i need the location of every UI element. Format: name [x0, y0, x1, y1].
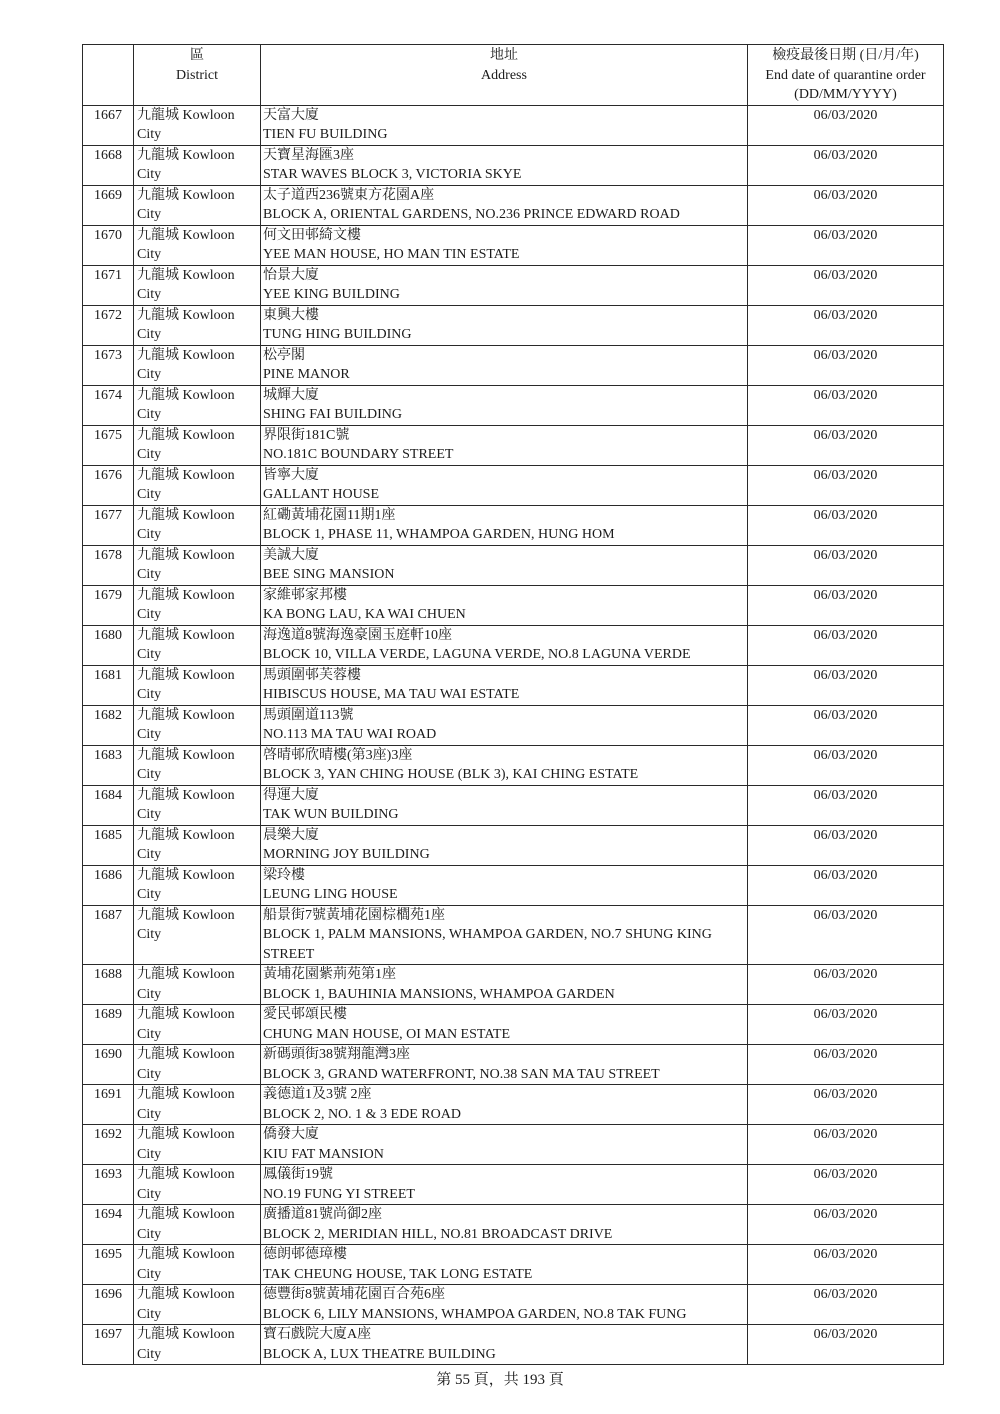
district-cell: 九龍城 KowloonCity: [134, 505, 261, 545]
address-en: BLOCK 2, MERIDIAN HILL, NO.81 BROADCAST …: [263, 1225, 747, 1245]
district-zh: 九龍城 Kowloon: [137, 906, 260, 926]
address-zh: 東興大樓: [263, 306, 747, 326]
table-row: 1678九龍城 KowloonCity美誠大廈BEE SING MANSION0…: [83, 545, 944, 585]
district-en: City: [137, 805, 260, 825]
table-row: 1693九龍城 KowloonCity鳳儀街19號NO.19 FUNG YI S…: [83, 1165, 944, 1205]
table-row: 1680九龍城 KowloonCity海逸道8號海逸豪園玉庭軒10座BLOCK …: [83, 625, 944, 665]
end-date-cell: 06/03/2020: [748, 785, 944, 825]
address-en: BLOCK 3, GRAND WATERFRONT, NO.38 SAN MA …: [263, 1065, 747, 1085]
table-row: 1681九龍城 KowloonCity馬頭圍邨芙蓉樓HIBISCUS HOUSE…: [83, 665, 944, 705]
end-date-cell: 06/03/2020: [748, 825, 944, 865]
address-en: GALLANT HOUSE: [263, 485, 747, 505]
district-cell: 九龍城 KowloonCity: [134, 1125, 261, 1165]
district-zh: 九龍城 Kowloon: [137, 146, 260, 166]
end-date-cell: 06/03/2020: [748, 585, 944, 625]
district-cell: 九龍城 KowloonCity: [134, 225, 261, 265]
address-zh: 天富大廈: [263, 106, 747, 126]
row-number: 1678: [83, 545, 134, 585]
row-number: 1686: [83, 865, 134, 905]
address-cell: 馬頭圍道113號NO.113 MA TAU WAI ROAD: [261, 705, 748, 745]
district-cell: 九龍城 KowloonCity: [134, 905, 261, 965]
address-cell: 天富大廈TIEN FU BUILDING: [261, 105, 748, 145]
address-zh: 德朗邨德璋樓: [263, 1245, 747, 1265]
end-date-cell: 06/03/2020: [748, 625, 944, 665]
table-row: 1675九龍城 KowloonCity界限街181C號NO.181C BOUND…: [83, 425, 944, 465]
address-cell: 黃埔花園紫荊苑第1座BLOCK 1, BAUHINIA MANSIONS, WH…: [261, 965, 748, 1005]
address-zh: 晨樂大廈: [263, 826, 747, 846]
address-cell: 太子道西236號東方花園A座BLOCK A, ORIENTAL GARDENS,…: [261, 185, 748, 225]
district-zh: 九龍城 Kowloon: [137, 866, 260, 886]
table-row: 1694九龍城 KowloonCity廣播道81號尚御2座BLOCK 2, ME…: [83, 1205, 944, 1245]
address-cell: 皆寧大廈GALLANT HOUSE: [261, 465, 748, 505]
address-cell: 德朗邨德璋樓TAK CHEUNG HOUSE, TAK LONG ESTATE: [261, 1245, 748, 1285]
district-en: City: [137, 685, 260, 705]
row-number: 1680: [83, 625, 134, 665]
district-zh: 九龍城 Kowloon: [137, 386, 260, 406]
row-number: 1695: [83, 1245, 134, 1285]
address-zh: 僑發大廈: [263, 1125, 747, 1145]
address-zh: 天寶星海匯3座: [263, 146, 747, 166]
table-row: 1687九龍城 KowloonCity船景街7號黃埔花園棕櫚苑1座BLOCK 1…: [83, 905, 944, 965]
end-date-cell: 06/03/2020: [748, 1325, 944, 1365]
end-date-cell: 06/03/2020: [748, 385, 944, 425]
district-en: City: [137, 1145, 260, 1165]
address-zh: 船景街7號黃埔花園棕櫚苑1座: [263, 906, 747, 926]
end-date-cell: 06/03/2020: [748, 865, 944, 905]
district-cell: 九龍城 KowloonCity: [134, 1085, 261, 1125]
district-en: City: [137, 325, 260, 345]
table-row: 1696九龍城 KowloonCity德豐街8號黃埔花園百合苑6座BLOCK 6…: [83, 1285, 944, 1325]
district-cell: 九龍城 KowloonCity: [134, 145, 261, 185]
district-cell: 九龍城 KowloonCity: [134, 1045, 261, 1085]
district-zh: 九龍城 Kowloon: [137, 786, 260, 806]
row-number: 1696: [83, 1285, 134, 1325]
row-number: 1693: [83, 1165, 134, 1205]
district-cell: 九龍城 KowloonCity: [134, 1205, 261, 1245]
district-cell: 九龍城 KowloonCity: [134, 105, 261, 145]
address-zh: 界限街181C號: [263, 426, 747, 446]
district-cell: 九龍城 KowloonCity: [134, 625, 261, 665]
header-date-en: End date of quarantine order: [748, 66, 943, 86]
district-en: City: [137, 285, 260, 305]
end-date-cell: 06/03/2020: [748, 1045, 944, 1085]
district-en: City: [137, 125, 260, 145]
table-row: 1695九龍城 KowloonCity德朗邨德璋樓TAK CHEUNG HOUS…: [83, 1245, 944, 1285]
end-date-cell: 06/03/2020: [748, 1165, 944, 1205]
address-cell: 愛民邨頌民樓CHUNG MAN HOUSE, OI MAN ESTATE: [261, 1005, 748, 1045]
table-row: 1684九龍城 KowloonCity得運大廈TAK WUN BUILDING0…: [83, 785, 944, 825]
district-zh: 九龍城 Kowloon: [137, 426, 260, 446]
address-en: HIBISCUS HOUSE, MA TAU WAI ESTATE: [263, 685, 747, 705]
address-zh: 啓晴邨欣晴樓(第3座)3座: [263, 746, 747, 766]
address-en: LEUNG LING HOUSE: [263, 885, 747, 905]
address-cell: 僑發大廈KIU FAT MANSION: [261, 1125, 748, 1165]
row-number: 1688: [83, 965, 134, 1005]
address-zh: 紅磡黃埔花園11期1座: [263, 506, 747, 526]
district-zh: 九龍城 Kowloon: [137, 1005, 260, 1025]
header-date-format: (DD/MM/YYYY): [748, 85, 943, 105]
address-zh: 德豐街8號黃埔花園百合苑6座: [263, 1285, 747, 1305]
district-en: City: [137, 565, 260, 585]
district-zh: 九龍城 Kowloon: [137, 106, 260, 126]
district-cell: 九龍城 KowloonCity: [134, 1245, 261, 1285]
address-cell: 城輝大廈SHING FAI BUILDING: [261, 385, 748, 425]
end-date-cell: 06/03/2020: [748, 305, 944, 345]
address-zh: 新碼頭街38號翔龍灣3座: [263, 1045, 747, 1065]
address-en: YEE MAN HOUSE, HO MAN TIN ESTATE: [263, 245, 747, 265]
end-date-cell: 06/03/2020: [748, 965, 944, 1005]
table-row: 1691九龍城 KowloonCity義德道1及3號 2座BLOCK 2, NO…: [83, 1085, 944, 1125]
address-cell: 家維邨家邦樓KA BONG LAU, KA WAI CHUEN: [261, 585, 748, 625]
district-en: City: [137, 445, 260, 465]
district-en: City: [137, 845, 260, 865]
address-zh: 怡景大廈: [263, 266, 747, 286]
header-address-zh: 地址: [261, 46, 747, 66]
address-cell: 啓晴邨欣晴樓(第3座)3座BLOCK 3, YAN CHING HOUSE (B…: [261, 745, 748, 785]
header-end-date: 檢疫最後日期 (日/月/年) End date of quarantine or…: [748, 45, 944, 106]
district-zh: 九龍城 Kowloon: [137, 1325, 260, 1345]
district-en: City: [137, 885, 260, 905]
address-en: TUNG HING BUILDING: [263, 325, 747, 345]
table-row: 1667九龍城 KowloonCity天富大廈TIEN FU BUILDING0…: [83, 105, 944, 145]
address-cell: 寶石戲院大廈A座BLOCK A, LUX THEATRE BUILDING: [261, 1325, 748, 1365]
address-en: BLOCK 1, BAUHINIA MANSIONS, WHAMPOA GARD…: [263, 985, 747, 1005]
header-address-en: Address: [261, 66, 747, 86]
row-number: 1672: [83, 305, 134, 345]
district-en: City: [137, 1105, 260, 1125]
district-zh: 九龍城 Kowloon: [137, 1245, 260, 1265]
address-zh: 美誠大廈: [263, 546, 747, 566]
row-number: 1683: [83, 745, 134, 785]
address-zh: 何文田邨綺文樓: [263, 226, 747, 246]
district-en: City: [137, 1025, 260, 1045]
end-date-cell: 06/03/2020: [748, 1005, 944, 1045]
row-number: 1673: [83, 345, 134, 385]
address-zh: 城輝大廈: [263, 386, 747, 406]
table-row: 1689九龍城 KowloonCity愛民邨頌民樓CHUNG MAN HOUSE…: [83, 1005, 944, 1045]
address-zh: 松亭閣: [263, 346, 747, 366]
district-cell: 九龍城 KowloonCity: [134, 965, 261, 1005]
end-date-cell: 06/03/2020: [748, 465, 944, 505]
address-en: NO.113 MA TAU WAI ROAD: [263, 725, 747, 745]
district-zh: 九龍城 Kowloon: [137, 186, 260, 206]
address-cell: 新碼頭街38號翔龍灣3座BLOCK 3, GRAND WATERFRONT, N…: [261, 1045, 748, 1085]
row-number: 1667: [83, 105, 134, 145]
address-en: CHUNG MAN HOUSE, OI MAN ESTATE: [263, 1025, 747, 1045]
table-row: 1676九龍城 KowloonCity皆寧大廈GALLANT HOUSE06/0…: [83, 465, 944, 505]
end-date-cell: 06/03/2020: [748, 1085, 944, 1125]
district-zh: 九龍城 Kowloon: [137, 466, 260, 486]
table-row: 1686九龍城 KowloonCity梁玲樓LEUNG LING HOUSE06…: [83, 865, 944, 905]
row-number: 1671: [83, 265, 134, 305]
district-zh: 九龍城 Kowloon: [137, 1125, 260, 1145]
address-en: MORNING JOY BUILDING: [263, 845, 747, 865]
district-en: City: [137, 1225, 260, 1245]
row-number: 1690: [83, 1045, 134, 1085]
address-cell: 美誠大廈BEE SING MANSION: [261, 545, 748, 585]
district-en: City: [137, 405, 260, 425]
table-row: 1688九龍城 KowloonCity黃埔花園紫荊苑第1座BLOCK 1, BA…: [83, 965, 944, 1005]
row-number: 1694: [83, 1205, 134, 1245]
address-cell: 船景街7號黃埔花園棕櫚苑1座BLOCK 1, PALM MANSIONS, WH…: [261, 905, 748, 965]
row-number: 1675: [83, 425, 134, 465]
district-cell: 九龍城 KowloonCity: [134, 265, 261, 305]
district-en: City: [137, 205, 260, 225]
table-row: 1671九龍城 KowloonCity怡景大廈YEE KING BUILDING…: [83, 265, 944, 305]
district-zh: 九龍城 Kowloon: [137, 1205, 260, 1225]
district-en: City: [137, 645, 260, 665]
address-en: BLOCK 1, PALM MANSIONS, WHAMPOA GARDEN, …: [263, 925, 747, 964]
district-en: City: [137, 985, 260, 1005]
row-number: 1670: [83, 225, 134, 265]
address-zh: 廣播道81號尚御2座: [263, 1205, 747, 1225]
district-en: City: [137, 765, 260, 785]
district-zh: 九龍城 Kowloon: [137, 1165, 260, 1185]
district-zh: 九龍城 Kowloon: [137, 626, 260, 646]
end-date-cell: 06/03/2020: [748, 545, 944, 585]
address-zh: 愛民邨頌民樓: [263, 1005, 747, 1025]
address-cell: 東興大樓TUNG HING BUILDING: [261, 305, 748, 345]
table-row: 1670九龍城 KowloonCity何文田邨綺文樓YEE MAN HOUSE,…: [83, 225, 944, 265]
district-cell: 九龍城 KowloonCity: [134, 425, 261, 465]
table-row: 1668九龍城 KowloonCity天寶星海匯3座STAR WAVES BLO…: [83, 145, 944, 185]
table-row: 1669九龍城 KowloonCity太子道西236號東方花園A座BLOCK A…: [83, 185, 944, 225]
district-zh: 九龍城 Kowloon: [137, 586, 260, 606]
row-number: 1677: [83, 505, 134, 545]
header-date-zh: 檢疫最後日期 (日/月/年): [748, 46, 943, 66]
row-number: 1684: [83, 785, 134, 825]
table-row: 1682九龍城 KowloonCity馬頭圍道113號NO.113 MA TAU…: [83, 705, 944, 745]
end-date-cell: 06/03/2020: [748, 265, 944, 305]
district-zh: 九龍城 Kowloon: [137, 266, 260, 286]
district-en: City: [137, 365, 260, 385]
address-zh: 鳳儀街19號: [263, 1165, 747, 1185]
quarantine-address-table: 區 District 地址 Address 檢疫最後日期 (日/月/年) End…: [82, 44, 944, 1365]
district-zh: 九龍城 Kowloon: [137, 1045, 260, 1065]
row-number: 1668: [83, 145, 134, 185]
table-body: 1667九龍城 KowloonCity天富大廈TIEN FU BUILDING0…: [83, 105, 944, 1365]
address-cell: 松亭閣PINE MANOR: [261, 345, 748, 385]
district-cell: 九龍城 KowloonCity: [134, 1165, 261, 1205]
district-cell: 九龍城 KowloonCity: [134, 585, 261, 625]
address-cell: 海逸道8號海逸豪園玉庭軒10座BLOCK 10, VILLA VERDE, LA…: [261, 625, 748, 665]
district-zh: 九龍城 Kowloon: [137, 826, 260, 846]
table-row: 1679九龍城 KowloonCity家維邨家邦樓KA BONG LAU, KA…: [83, 585, 944, 625]
district-en: City: [137, 1265, 260, 1285]
end-date-cell: 06/03/2020: [748, 185, 944, 225]
district-zh: 九龍城 Kowloon: [137, 706, 260, 726]
address-en: TAK WUN BUILDING: [263, 805, 747, 825]
address-en: BLOCK 1, PHASE 11, WHAMPOA GARDEN, HUNG …: [263, 525, 747, 545]
address-cell: 界限街181C號NO.181C BOUNDARY STREET: [261, 425, 748, 465]
row-number: 1692: [83, 1125, 134, 1165]
header-district-en: District: [134, 66, 260, 86]
district-zh: 九龍城 Kowloon: [137, 746, 260, 766]
table-row: 1673九龍城 KowloonCity松亭閣PINE MANOR06/03/20…: [83, 345, 944, 385]
address-zh: 皆寧大廈: [263, 466, 747, 486]
address-en: BLOCK 10, VILLA VERDE, LAGUNA VERDE, NO.…: [263, 645, 747, 665]
district-en: City: [137, 1305, 260, 1325]
end-date-cell: 06/03/2020: [748, 905, 944, 965]
header-number: [83, 45, 134, 106]
end-date-cell: 06/03/2020: [748, 745, 944, 785]
district-zh: 九龍城 Kowloon: [137, 965, 260, 985]
row-number: 1691: [83, 1085, 134, 1125]
address-en: BLOCK 2, NO. 1 & 3 EDE ROAD: [263, 1105, 747, 1125]
district-en: City: [137, 525, 260, 545]
end-date-cell: 06/03/2020: [748, 1285, 944, 1325]
row-number: 1689: [83, 1005, 134, 1045]
address-en: BLOCK 6, LILY MANSIONS, WHAMPOA GARDEN, …: [263, 1305, 747, 1325]
end-date-cell: 06/03/2020: [748, 1125, 944, 1165]
district-zh: 九龍城 Kowloon: [137, 346, 260, 366]
address-en: SHING FAI BUILDING: [263, 405, 747, 425]
row-number: 1681: [83, 665, 134, 705]
table-row: 1677九龍城 KowloonCity紅磡黃埔花園11期1座BLOCK 1, P…: [83, 505, 944, 545]
address-cell: 廣播道81號尚御2座BLOCK 2, MERIDIAN HILL, NO.81 …: [261, 1205, 748, 1245]
address-en: KIU FAT MANSION: [263, 1145, 747, 1165]
district-zh: 九龍城 Kowloon: [137, 226, 260, 246]
address-en: NO.19 FUNG YI STREET: [263, 1185, 747, 1205]
district-en: City: [137, 485, 260, 505]
page-number-footer: 第 55 頁，共 193 頁: [0, 1368, 1000, 1389]
district-cell: 九龍城 KowloonCity: [134, 345, 261, 385]
district-cell: 九龍城 KowloonCity: [134, 1285, 261, 1325]
table-row: 1697九龍城 KowloonCity寶石戲院大廈A座BLOCK A, LUX …: [83, 1325, 944, 1365]
address-en: NO.181C BOUNDARY STREET: [263, 445, 747, 465]
district-zh: 九龍城 Kowloon: [137, 1285, 260, 1305]
header-address: 地址 Address: [261, 45, 748, 106]
district-en: City: [137, 1185, 260, 1205]
table-row: 1674九龍城 KowloonCity城輝大廈SHING FAI BUILDIN…: [83, 385, 944, 425]
end-date-cell: 06/03/2020: [748, 425, 944, 465]
district-cell: 九龍城 KowloonCity: [134, 305, 261, 345]
address-en: STAR WAVES BLOCK 3, VICTORIA SKYE: [263, 165, 747, 185]
end-date-cell: 06/03/2020: [748, 705, 944, 745]
district-en: City: [137, 725, 260, 745]
district-en: City: [137, 1345, 260, 1365]
address-cell: 德豐街8號黃埔花園百合苑6座BLOCK 6, LILY MANSIONS, WH…: [261, 1285, 748, 1325]
district-cell: 九龍城 KowloonCity: [134, 745, 261, 785]
district-zh: 九龍城 Kowloon: [137, 1085, 260, 1105]
table-header-row: 區 District 地址 Address 檢疫最後日期 (日/月/年) End…: [83, 45, 944, 106]
address-cell: 紅磡黃埔花園11期1座BLOCK 1, PHASE 11, WHAMPOA GA…: [261, 505, 748, 545]
district-en: City: [137, 925, 260, 945]
district-zh: 九龍城 Kowloon: [137, 546, 260, 566]
address-zh: 黃埔花園紫荊苑第1座: [263, 965, 747, 985]
district-cell: 九龍城 KowloonCity: [134, 465, 261, 505]
address-en: TIEN FU BUILDING: [263, 125, 747, 145]
address-en: BLOCK A, ORIENTAL GARDENS, NO.236 PRINCE…: [263, 205, 747, 225]
address-cell: 何文田邨綺文樓YEE MAN HOUSE, HO MAN TIN ESTATE: [261, 225, 748, 265]
address-en: PINE MANOR: [263, 365, 747, 385]
district-cell: 九龍城 KowloonCity: [134, 825, 261, 865]
end-date-cell: 06/03/2020: [748, 1205, 944, 1245]
address-cell: 得運大廈TAK WUN BUILDING: [261, 785, 748, 825]
row-number: 1685: [83, 825, 134, 865]
address-zh: 得運大廈: [263, 786, 747, 806]
district-en: City: [137, 605, 260, 625]
row-number: 1676: [83, 465, 134, 505]
end-date-cell: 06/03/2020: [748, 225, 944, 265]
address-en: BEE SING MANSION: [263, 565, 747, 585]
address-cell: 梁玲樓LEUNG LING HOUSE: [261, 865, 748, 905]
table-row: 1685九龍城 KowloonCity晨樂大廈MORNING JOY BUILD…: [83, 825, 944, 865]
end-date-cell: 06/03/2020: [748, 665, 944, 705]
row-number: 1674: [83, 385, 134, 425]
address-zh: 馬頭圍道113號: [263, 706, 747, 726]
district-en: City: [137, 165, 260, 185]
end-date-cell: 06/03/2020: [748, 1245, 944, 1285]
address-zh: 家維邨家邦樓: [263, 586, 747, 606]
row-number: 1679: [83, 585, 134, 625]
district-zh: 九龍城 Kowloon: [137, 666, 260, 686]
address-zh: 馬頭圍邨芙蓉樓: [263, 666, 747, 686]
row-number: 1697: [83, 1325, 134, 1365]
address-zh: 海逸道8號海逸豪園玉庭軒10座: [263, 626, 747, 646]
row-number: 1687: [83, 905, 134, 965]
address-cell: 天寶星海匯3座STAR WAVES BLOCK 3, VICTORIA SKYE: [261, 145, 748, 185]
address-en: BLOCK 3, YAN CHING HOUSE (BLK 3), KAI CH…: [263, 765, 747, 785]
header-district-zh: 區: [134, 46, 260, 66]
address-cell: 怡景大廈YEE KING BUILDING: [261, 265, 748, 305]
district-cell: 九龍城 KowloonCity: [134, 705, 261, 745]
district-cell: 九龍城 KowloonCity: [134, 665, 261, 705]
district-cell: 九龍城 KowloonCity: [134, 385, 261, 425]
address-zh: 寶石戲院大廈A座: [263, 1325, 747, 1345]
address-en: KA BONG LAU, KA WAI CHUEN: [263, 605, 747, 625]
district-zh: 九龍城 Kowloon: [137, 506, 260, 526]
district-cell: 九龍城 KowloonCity: [134, 865, 261, 905]
district-en: City: [137, 1065, 260, 1085]
row-number: 1682: [83, 705, 134, 745]
address-en: TAK CHEUNG HOUSE, TAK LONG ESTATE: [263, 1265, 747, 1285]
district-zh: 九龍城 Kowloon: [137, 306, 260, 326]
address-en: BLOCK A, LUX THEATRE BUILDING: [263, 1345, 747, 1365]
district-en: City: [137, 245, 260, 265]
document-page: 區 District 地址 Address 檢疫最後日期 (日/月/年) End…: [82, 44, 943, 1365]
address-en: YEE KING BUILDING: [263, 285, 747, 305]
end-date-cell: 06/03/2020: [748, 105, 944, 145]
address-zh: 太子道西236號東方花園A座: [263, 186, 747, 206]
address-zh: 義德道1及3號 2座: [263, 1085, 747, 1105]
district-cell: 九龍城 KowloonCity: [134, 1005, 261, 1045]
end-date-cell: 06/03/2020: [748, 145, 944, 185]
address-cell: 義德道1及3號 2座BLOCK 2, NO. 1 & 3 EDE ROAD: [261, 1085, 748, 1125]
table-row: 1672九龍城 KowloonCity東興大樓TUNG HING BUILDIN…: [83, 305, 944, 345]
district-cell: 九龍城 KowloonCity: [134, 1325, 261, 1365]
header-district: 區 District: [134, 45, 261, 106]
district-cell: 九龍城 KowloonCity: [134, 185, 261, 225]
row-number: 1669: [83, 185, 134, 225]
end-date-cell: 06/03/2020: [748, 505, 944, 545]
district-cell: 九龍城 KowloonCity: [134, 545, 261, 585]
end-date-cell: 06/03/2020: [748, 345, 944, 385]
address-cell: 晨樂大廈MORNING JOY BUILDING: [261, 825, 748, 865]
address-cell: 鳳儀街19號NO.19 FUNG YI STREET: [261, 1165, 748, 1205]
address-cell: 馬頭圍邨芙蓉樓HIBISCUS HOUSE, MA TAU WAI ESTATE: [261, 665, 748, 705]
address-zh: 梁玲樓: [263, 866, 747, 886]
table-row: 1692九龍城 KowloonCity僑發大廈KIU FAT MANSION06…: [83, 1125, 944, 1165]
table-row: 1690九龍城 KowloonCity新碼頭街38號翔龍灣3座BLOCK 3, …: [83, 1045, 944, 1085]
table-row: 1683九龍城 KowloonCity啓晴邨欣晴樓(第3座)3座BLOCK 3,…: [83, 745, 944, 785]
district-cell: 九龍城 KowloonCity: [134, 785, 261, 825]
